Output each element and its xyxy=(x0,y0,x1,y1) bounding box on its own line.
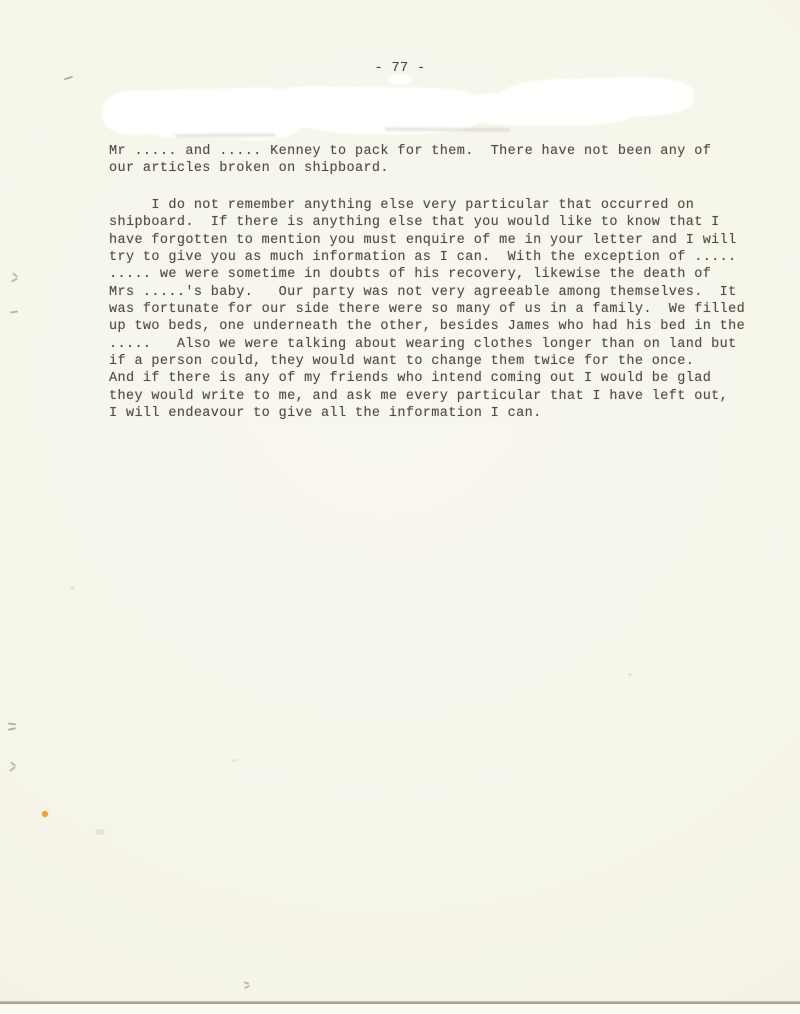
orange-speck xyxy=(42,811,48,817)
small-scribble-mark xyxy=(244,985,250,989)
pencil-curl-mark xyxy=(11,277,18,282)
area-below-page xyxy=(0,1004,800,1014)
faint-spot xyxy=(628,673,632,676)
pencil-dash-mark xyxy=(10,310,18,313)
pencil-dash-mark xyxy=(64,76,73,81)
gray-smudge xyxy=(95,829,105,835)
pencil-tick-mark xyxy=(8,727,16,730)
scanned-letter-page: - 77 - Mr ..... and ..... Kenney to pack… xyxy=(0,0,800,1014)
faint-spot xyxy=(70,586,75,590)
pencil-squiggle-mark xyxy=(9,766,16,772)
scan-artifacts xyxy=(0,0,800,1014)
pencil-tick-mark xyxy=(8,722,16,725)
faint-spot xyxy=(232,759,237,762)
